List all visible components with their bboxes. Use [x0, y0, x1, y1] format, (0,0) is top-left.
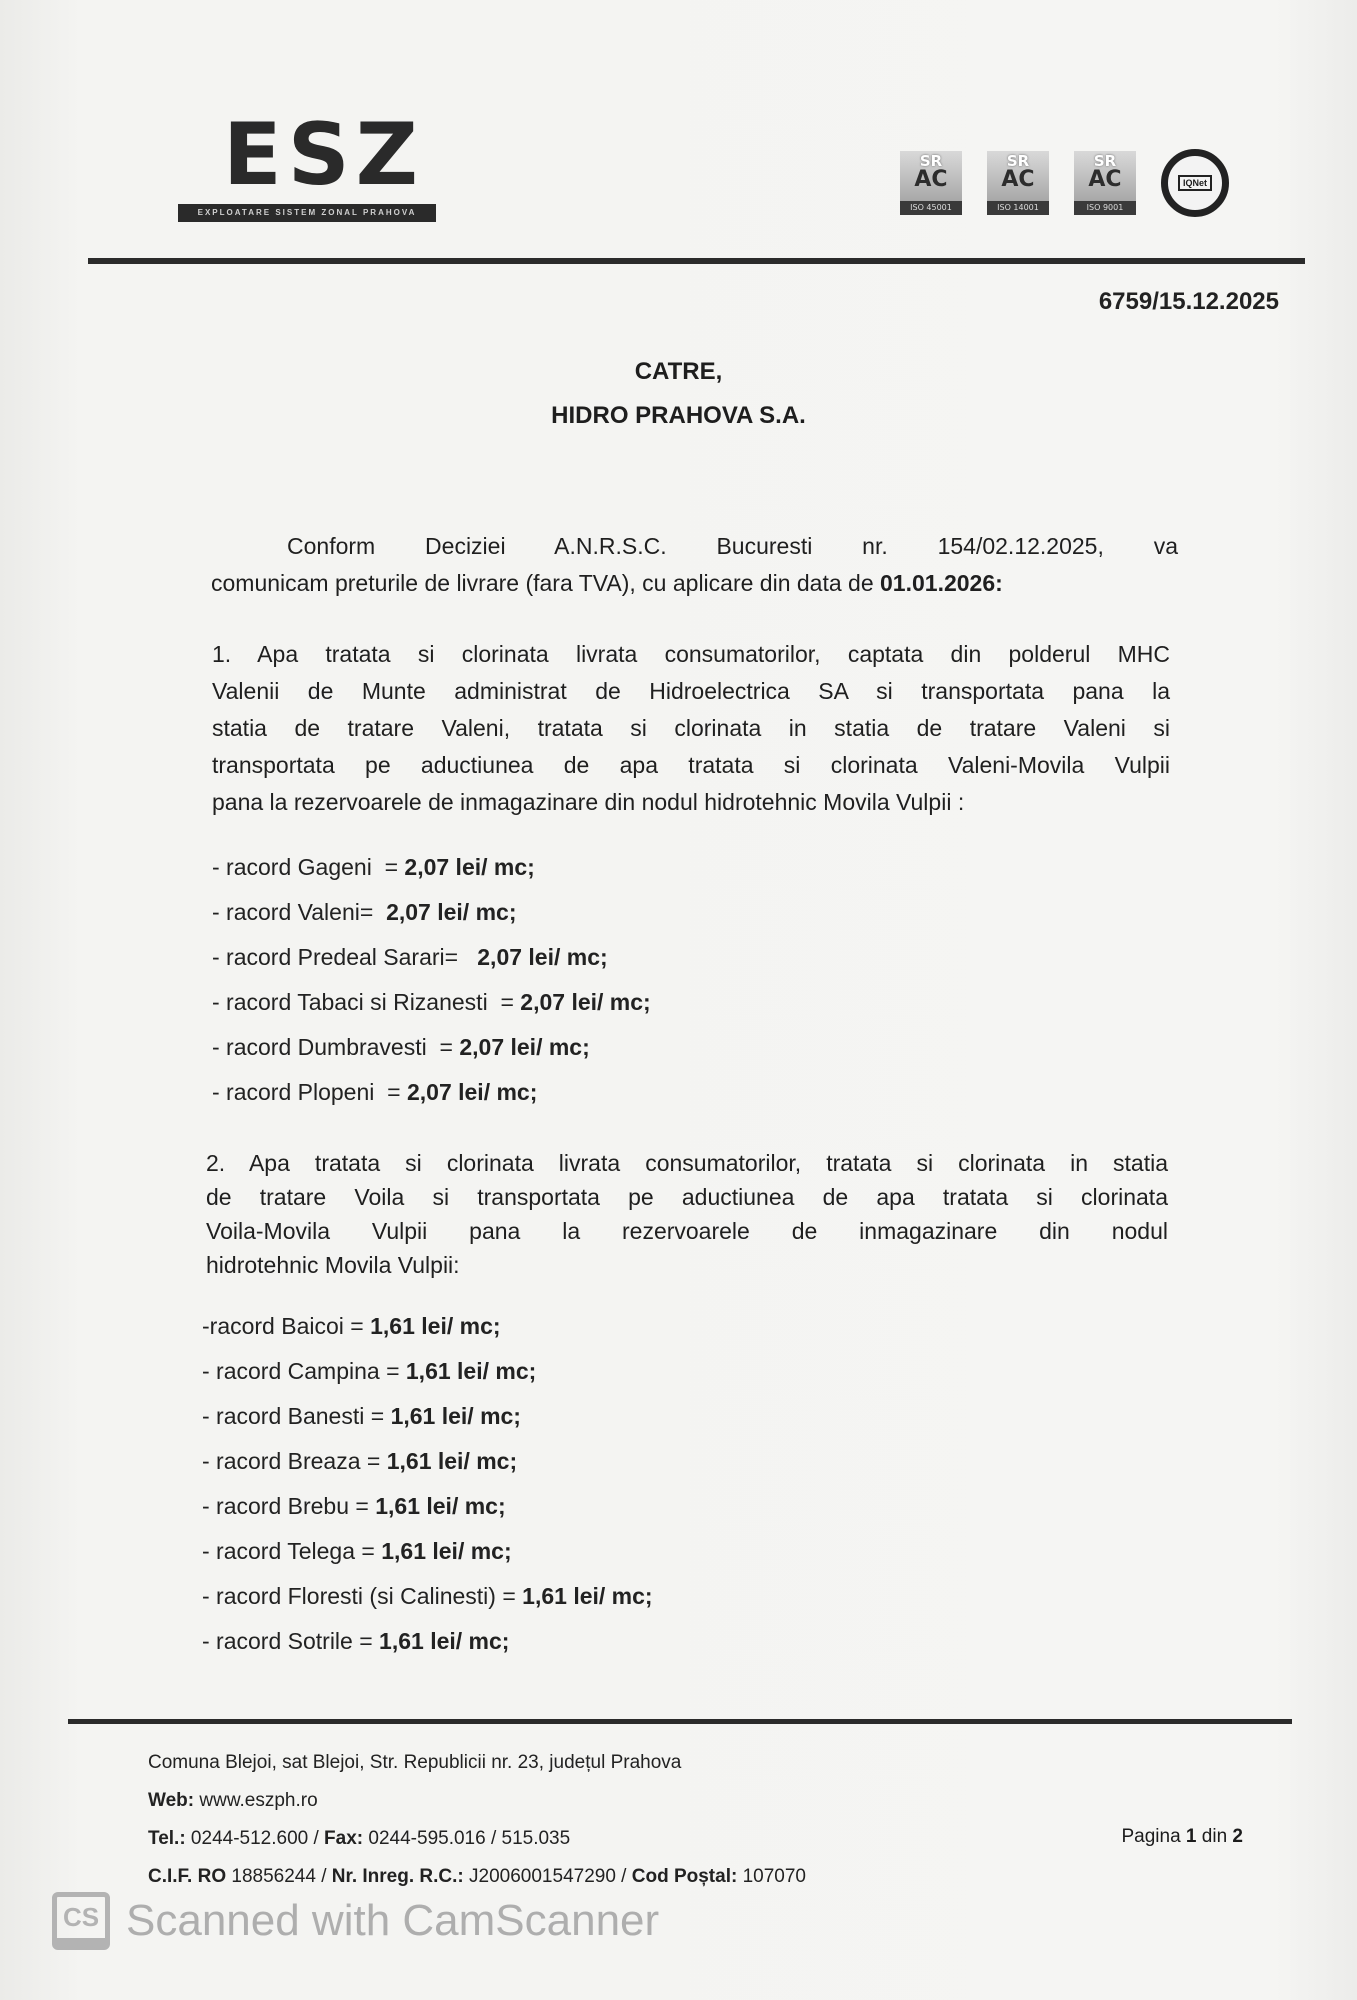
price-list-item: - racord Dumbravesti = 2,07 lei/ mc; — [212, 1025, 651, 1070]
badge-standard: ISO 45001 — [900, 201, 962, 215]
effective-date: 01.01.2026: — [880, 570, 1003, 596]
page-number: Pagina 1 din 2 — [1121, 1826, 1243, 1848]
price-list-item: - racord Brebu = 1,61 lei/ mc; — [202, 1484, 653, 1529]
price-list-item: - racord Plopeni = 2,07 lei/ mc; — [212, 1070, 651, 1115]
reg-value: J2006001547290 / — [464, 1866, 632, 1887]
postal-value: 107070 — [737, 1866, 806, 1887]
header-divider — [88, 258, 1305, 264]
connection-price: 1,61 lei/ mc; — [387, 1448, 517, 1474]
intro-line-1: Conform Deciziei A.N.R.S.C. Bucuresti nr… — [211, 528, 1178, 565]
iso-14001-badge-icon: SR AC ISO 14001 — [987, 151, 1049, 215]
iqnet-label: IQNet — [1178, 175, 1212, 191]
addressee-label: CATRE, — [0, 358, 1357, 386]
footer-address: Comuna Blejoi, sat Blejoi, Str. Republic… — [148, 1744, 806, 1782]
intro-line-2-text: comunicam preturile de livrare (fara TVA… — [211, 570, 880, 596]
intro-paragraph: Conform Deciziei A.N.R.S.C. Bucuresti nr… — [211, 528, 1178, 602]
connection-name: - racord Brebu = — [202, 1493, 375, 1519]
price-list-item: - racord Campina = 1,61 lei/ mc; — [202, 1349, 653, 1394]
camscanner-logo-icon: CS — [52, 1892, 110, 1950]
section-1-line: 1. Apa tratata si clorinata livrata cons… — [212, 636, 1170, 673]
iqnet-badge-icon: IQNet — [1161, 149, 1229, 217]
connection-name: - racord Banesti = — [202, 1403, 391, 1429]
connection-name: - racord Sotrile = — [202, 1628, 379, 1654]
web-label: Web: — [148, 1790, 194, 1811]
section-1-paragraph: 1. Apa tratata si clorinata livrata cons… — [212, 636, 1170, 821]
fax-label: Fax: — [324, 1828, 363, 1849]
badge-mid: AC — [987, 169, 1049, 191]
badge-standard: ISO 14001 — [987, 201, 1049, 215]
badge-mid: AC — [1074, 169, 1136, 191]
section-2-price-list: -racord Baicoi = 1,61 lei/ mc; - racord … — [202, 1304, 653, 1664]
connection-price: 1,61 lei/ mc; — [379, 1628, 509, 1654]
intro-line-2: comunicam preturile de livrare (fara TVA… — [211, 565, 1178, 602]
connection-name: - racord Telega = — [202, 1538, 381, 1564]
footer-phone: Tel.: 0244-512.600 / Fax: 0244-595.016 /… — [148, 1820, 806, 1858]
connection-price: 2,07 lei/ mc; — [404, 854, 534, 880]
tel-value: 0244-512.600 / — [186, 1828, 324, 1849]
connection-price: 1,61 lei/ mc; — [391, 1403, 521, 1429]
section-1-line: pana la rezervoarele de inmagazinare din… — [212, 784, 1170, 821]
connection-price: 1,61 lei/ mc; — [381, 1538, 511, 1564]
addressee-name: HIDRO PRAHOVA S.A. — [0, 402, 1357, 430]
connection-price: 1,61 lei/ mc; — [522, 1583, 652, 1609]
connection-name: - racord Gageni = — [212, 854, 404, 880]
connection-name: - racord Dumbravesti = — [212, 1034, 459, 1060]
price-list-item: -racord Baicoi = 1,61 lei/ mc; — [202, 1304, 653, 1349]
connection-name: - racord Plopeni = — [212, 1079, 407, 1105]
footer-web: Web: www.eszph.ro — [148, 1782, 806, 1820]
page-current: 1 — [1186, 1826, 1197, 1847]
cif-value: 18856244 / — [226, 1866, 332, 1887]
price-list-item: - racord Predeal Sarari= 2,07 lei/ mc; — [212, 935, 651, 980]
web-value: www.eszph.ro — [194, 1790, 318, 1811]
section-1-line: Valenii de Munte administrat de Hidroele… — [212, 673, 1170, 710]
page-mid: din — [1197, 1826, 1233, 1847]
price-list-item: - racord Sotrile = 1,61 lei/ mc; — [202, 1619, 653, 1664]
camscanner-watermark: CS Scanned with CamScanner — [52, 1892, 659, 1950]
company-footer: Comuna Blejoi, sat Blejoi, Str. Republic… — [148, 1744, 806, 1896]
reg-label: Nr. Inreg. R.C.: — [332, 1866, 464, 1887]
footer-registration: C.I.F. RO 18856244 / Nr. Inreg. R.C.: J2… — [148, 1858, 806, 1896]
badge-standard: ISO 9001 — [1074, 201, 1136, 215]
connection-price: 2,07 lei/ mc; — [407, 1079, 537, 1105]
connection-name: - racord Breaza = — [202, 1448, 387, 1474]
section-1-line: transportata pe aductiunea de apa tratat… — [212, 747, 1170, 784]
iso-9001-badge-icon: SR AC ISO 9001 — [1074, 151, 1136, 215]
section-1-line: statia de tratare Valeni, tratata si clo… — [212, 710, 1170, 747]
section-1-price-list: - racord Gageni = 2,07 lei/ mc; - racord… — [212, 845, 651, 1115]
connection-price: 2,07 lei/ mc; — [477, 944, 607, 970]
connection-price: 2,07 lei/ mc; — [520, 989, 650, 1015]
postal-label: Cod Poștal: — [632, 1866, 738, 1887]
iso-45001-badge-icon: SR AC ISO 45001 — [900, 151, 962, 215]
section-2-line: 2. Apa tratata si clorinata livrata cons… — [206, 1146, 1168, 1180]
price-list-item: - racord Valeni= 2,07 lei/ mc; — [212, 890, 651, 935]
certification-badges: SR AC ISO 45001 SR AC ISO 14001 SR AC IS… — [900, 148, 1229, 218]
tel-label: Tel.: — [148, 1828, 186, 1849]
price-list-item: - racord Breaza = 1,61 lei/ mc; — [202, 1439, 653, 1484]
watermark-text: Scanned with CamScanner — [126, 1896, 659, 1946]
connection-name: - racord Floresti (si Calinesti) = — [202, 1583, 522, 1609]
connection-name: - racord Valeni= — [212, 899, 386, 925]
price-list-item: - racord Telega = 1,61 lei/ mc; — [202, 1529, 653, 1574]
page-prefix: Pagina — [1121, 1826, 1185, 1847]
scanned-document-page: ESZ EXPLOATARE SISTEM ZONAL PRAHOVA SR A… — [0, 0, 1357, 2000]
document-reference-number: 6759/15.12.2025 — [1099, 288, 1279, 316]
fax-value: 0244-595.016 / 515.035 — [363, 1828, 570, 1849]
section-2-line: Voila-Movila Vulpii pana la rezervoarele… — [206, 1214, 1168, 1248]
esz-logo: ESZ EXPLOATARE SISTEM ZONAL PRAHOVA — [178, 112, 436, 227]
logo-subtitle: EXPLOATARE SISTEM ZONAL PRAHOVA — [178, 204, 436, 222]
connection-name: - racord Tabaci si Rizanesti = — [212, 989, 520, 1015]
badge-mid: AC — [900, 169, 962, 191]
price-list-item: - racord Banesti = 1,61 lei/ mc; — [202, 1394, 653, 1439]
price-list-item: - racord Gageni = 2,07 lei/ mc; — [212, 845, 651, 890]
section-2-paragraph: 2. Apa tratata si clorinata livrata cons… — [206, 1146, 1168, 1282]
footer-divider — [68, 1719, 1292, 1724]
connection-name: -racord Baicoi = — [202, 1313, 370, 1339]
connection-name: - racord Campina = — [202, 1358, 406, 1384]
section-2-line: de tratare Voila si transportata pe aduc… — [206, 1180, 1168, 1214]
connection-price: 2,07 lei/ mc; — [386, 899, 516, 925]
section-2-line: hidrotehnic Movila Vulpii: — [206, 1248, 1168, 1282]
price-list-item: - racord Floresti (si Calinesti) = 1,61 … — [202, 1574, 653, 1619]
connection-name: - racord Predeal Sarari= — [212, 944, 477, 970]
price-list-item: - racord Tabaci si Rizanesti = 2,07 lei/… — [212, 980, 651, 1025]
connection-price: 1,61 lei/ mc; — [370, 1313, 500, 1339]
cif-label: C.I.F. RO — [148, 1866, 226, 1887]
page-total: 2 — [1232, 1826, 1243, 1847]
logo-text: ESZ — [223, 112, 424, 198]
connection-price: 1,61 lei/ mc; — [406, 1358, 536, 1384]
connection-price: 1,61 lei/ mc; — [375, 1493, 505, 1519]
connection-price: 2,07 lei/ mc; — [459, 1034, 589, 1060]
